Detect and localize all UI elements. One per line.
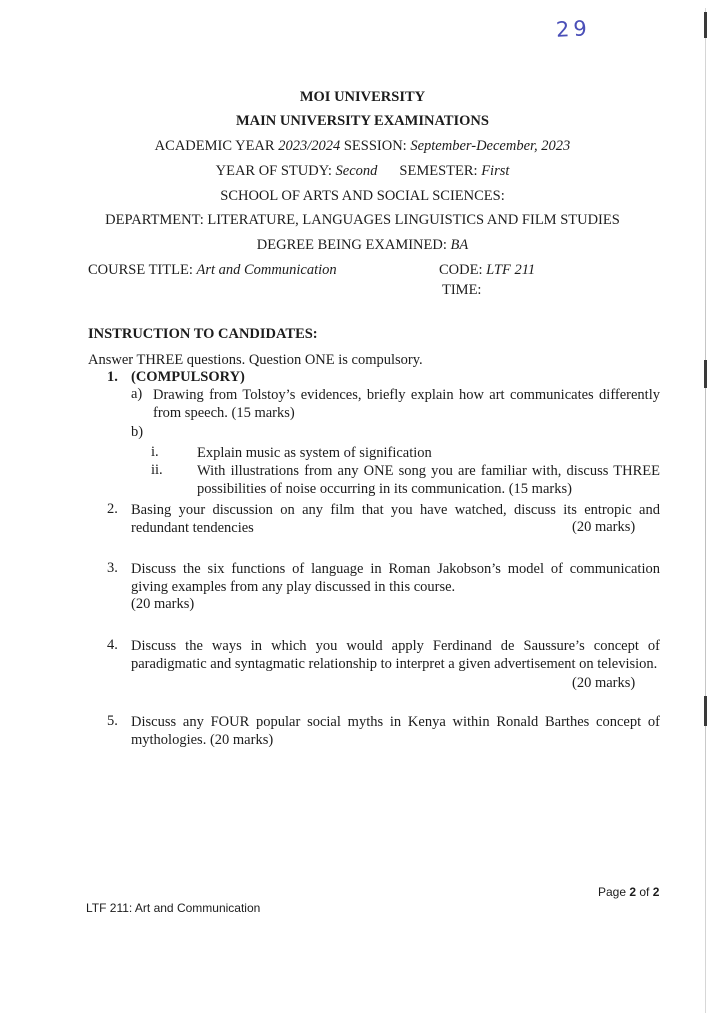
handwritten-page-mark: 29 [555, 16, 591, 42]
question-number: 3. [107, 560, 118, 577]
degree-value: BA [451, 237, 469, 253]
instructions-text: Answer THREE questions. Question ONE is … [88, 352, 423, 369]
page-of: of [636, 885, 653, 899]
scan-edge-mark [704, 360, 707, 388]
course-code-value: LTF 211 [486, 262, 535, 278]
question-4-marks: (20 marks) [572, 675, 635, 692]
question-1b-i-text: Explain music as system of signification [197, 444, 660, 462]
page-prefix: Page [598, 885, 629, 899]
question-number: 5. [107, 713, 118, 730]
university-name: MOI UNIVERSITY [0, 89, 725, 106]
subpart-label: ii. [151, 462, 163, 479]
question-3-marks: (20 marks) [131, 596, 194, 613]
course-title-value: Art and Communication [196, 262, 336, 278]
question-2-marks: (20 marks) [572, 519, 635, 536]
page-total: 2 [653, 885, 660, 899]
session-label: SESSION: [340, 138, 410, 154]
year-of-study-label: YEAR OF STUDY: [216, 163, 336, 179]
degree-line: DEGREE BEING EXAMINED: BA [0, 237, 725, 254]
page-number: Page 2 of 2 [598, 885, 659, 899]
exam-title: MAIN UNIVERSITY EXAMINATIONS [0, 113, 725, 130]
question-1-title: (COMPULSORY) [131, 369, 245, 386]
course-title-label: COURSE TITLE: [88, 262, 196, 278]
scan-edge-line [705, 8, 706, 1013]
course-title-line: COURSE TITLE: Art and Communication [88, 262, 337, 279]
part-label: a) [131, 386, 142, 403]
footer-course-line: LTF 211: Art and Communication [86, 901, 260, 915]
course-code-label: CODE: [439, 262, 486, 278]
academic-year-line: ACADEMIC YEAR 2023/2024 SESSION: Septemb… [0, 138, 725, 155]
question-number: 1. [107, 369, 118, 386]
session-value: September-December, 2023 [410, 138, 570, 154]
part-label: b) [131, 424, 143, 441]
instructions-heading: INSTRUCTION TO CANDIDATES: [88, 326, 318, 343]
course-code-line: CODE: LTF 211 [439, 262, 535, 279]
question-number: 2. [107, 501, 118, 518]
subpart-label: i. [151, 444, 159, 461]
academic-year-value: 2023/2024 [278, 138, 340, 154]
semester-label: SEMESTER: [399, 163, 481, 179]
question-5-text: Discuss any FOUR popular social myths in… [131, 713, 660, 749]
scan-edge-mark [704, 12, 707, 38]
question-3-text: Discuss the six functions of language in… [131, 560, 660, 596]
year-of-study-value: Second [336, 163, 378, 179]
question-4-text: Discuss the ways in which you would appl… [131, 637, 660, 673]
department-name: DEPARTMENT: LITERATURE, LANGUAGES LINGUI… [0, 212, 725, 229]
question-1a-text: Drawing from Tolstoy’s evidences, briefl… [153, 386, 660, 422]
time-label: TIME: [442, 282, 481, 299]
question-number: 4. [107, 637, 118, 654]
degree-label: DEGREE BEING EXAMINED: [257, 237, 451, 253]
question-1b-ii-text: With illustrations from any ONE song you… [197, 462, 660, 498]
scan-edge-mark [704, 696, 707, 726]
semester-value: First [481, 163, 509, 179]
school-name: SCHOOL OF ARTS AND SOCIAL SCIENCES: [0, 188, 725, 205]
academic-year-label: ACADEMIC YEAR [155, 138, 279, 154]
year-semester-line: YEAR OF STUDY: SecondSEMESTER: First [0, 163, 725, 180]
